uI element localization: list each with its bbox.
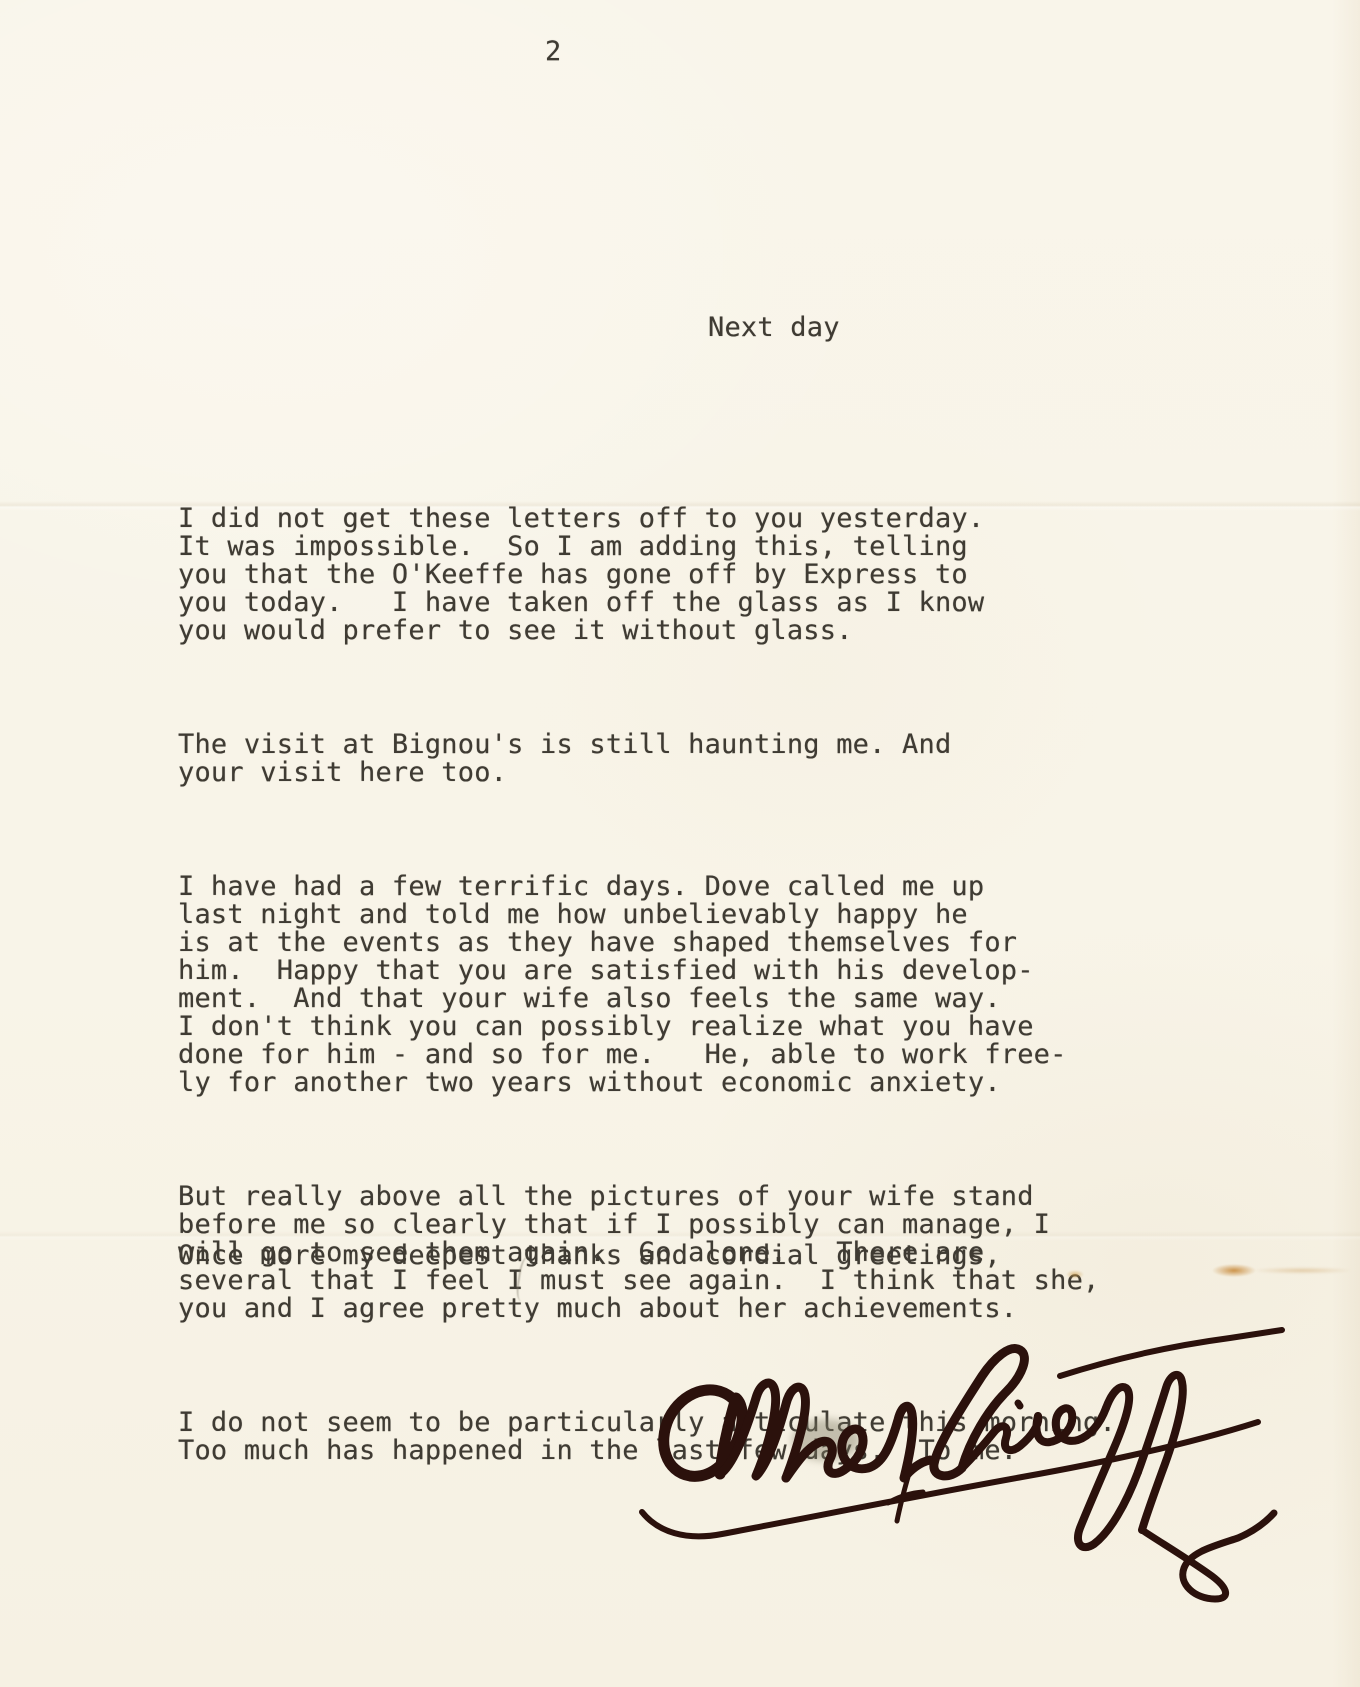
ink-stain xyxy=(1212,1264,1256,1277)
paragraph-2: The visit at Bignou's is still haunting … xyxy=(178,731,1116,787)
date-line: Next day xyxy=(708,314,840,342)
page-number: 2 xyxy=(545,38,561,66)
handwritten-signature xyxy=(590,1280,1290,1630)
letter-paper: 2 Next day I did not get these letters o… xyxy=(0,0,1360,1687)
closing-line: Once more my deepest thanks and cordial … xyxy=(178,1242,1001,1270)
signature-ink-svg xyxy=(590,1280,1290,1630)
paragraph-1: I did not get these letters off to you y… xyxy=(178,505,1116,645)
paragraph-3: I have had a few terrific days. Dove cal… xyxy=(178,873,1116,1097)
paper-edge-shading xyxy=(1332,0,1360,1687)
